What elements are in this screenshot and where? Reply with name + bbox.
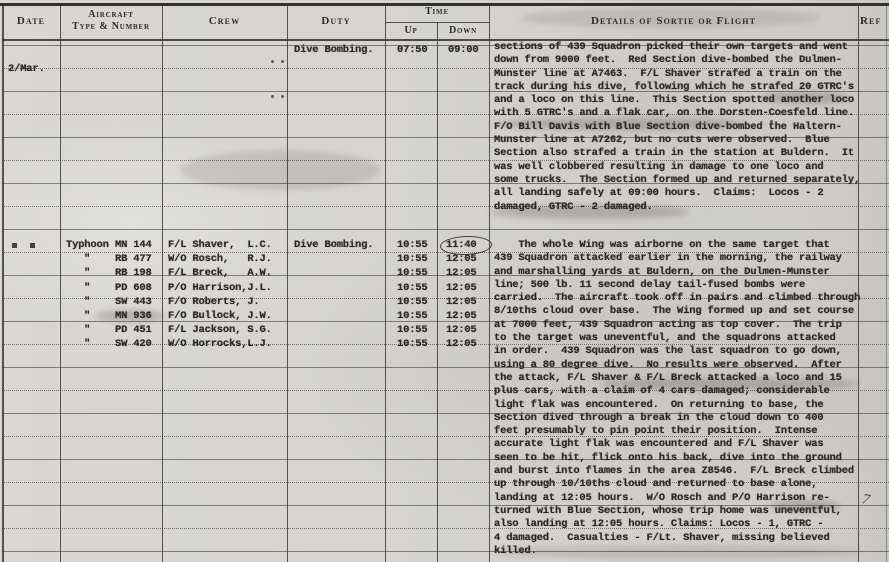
- details-text-line: was well clobbered resulting in damage t…: [494, 161, 860, 174]
- sortie-row: "MN 936F/O Bullock, J.W.10:5512:05: [62, 310, 492, 324]
- sortie-row: "SW 443F/O Roberts, J.10:5512:05: [62, 296, 492, 310]
- scan-speck: [281, 60, 284, 63]
- sortie-row: "PD 608P/O Harrison,J.L.10:5512:05: [62, 282, 492, 296]
- details-text-line: damaged, GTRC - 2 damaged.: [494, 201, 860, 214]
- aircraft-serial: SW 420: [115, 338, 152, 350]
- details-text-line: F/O Bill Davis with Blue Section dive-bo…: [494, 121, 860, 134]
- details-text-line: 8/10ths cloud over base. The Wing formed…: [494, 305, 860, 318]
- table-left-border: [2, 4, 4, 562]
- details-text-line: accurate light flak was encountered and …: [494, 438, 860, 451]
- details-text-line: all landing safely at 09:00 hours. Claim…: [494, 187, 860, 200]
- crew-member: F/O Bullock, J.W.: [168, 310, 272, 322]
- crew-member: W/O Rosch, R.J.: [168, 253, 272, 265]
- details-text-line: with 5 GTRC's and a flak car, on the Dor…: [494, 107, 860, 120]
- entry1-time-down: 09:00: [448, 44, 479, 56]
- time-up-value: 10:55: [397, 310, 428, 322]
- sortie-row: TyphoonMN 144F/L Shaver, L.C.Dive Bombin…: [62, 239, 492, 253]
- details-text-line: sections of 439 Squadron picked their ow…: [494, 41, 860, 54]
- aircraft-serial: RB 477: [115, 253, 152, 265]
- aircraft-column-header-line2: Type & Number: [60, 21, 162, 32]
- aircraft-type-ditto: ": [84, 253, 90, 265]
- aircraft-type-ditto: ": [84, 310, 90, 322]
- time-up-column-header: Up: [385, 25, 437, 36]
- details-text-line: 4 damaged. Casualties - F/Lt. Shaver, mi…: [494, 532, 860, 545]
- details-text-line: using a 80 degree dive. No results were …: [494, 359, 860, 372]
- crew-column-header: Crew: [162, 15, 287, 27]
- scan-speck: [271, 60, 274, 63]
- aircraft-type-ditto: ": [84, 282, 90, 294]
- details-text-line: 439 Squadron attacked earlier in the mor…: [494, 252, 860, 265]
- crew-member: F/L Jackson, S.G.: [168, 324, 272, 336]
- details-text-line: landing at 12:05 hours. W/O Rosch and P/…: [494, 492, 860, 505]
- crew-member: F/L Shaver, L.C.: [168, 239, 272, 251]
- aircraft-serial: PD 451: [115, 324, 152, 336]
- details-text-line: to the target was uneventful, and the sq…: [494, 332, 860, 345]
- time-column-header: Time: [385, 6, 489, 17]
- time-up-value: 10:55: [397, 324, 428, 336]
- entry1-date: 2/Mar.: [8, 63, 45, 75]
- entry2-date-ditto-mark: [12, 243, 17, 248]
- handwritten-margin-mark: 7: [860, 491, 871, 509]
- entry2-duty: Dive Bombing.: [294, 239, 373, 251]
- time-down-value: 12:05: [446, 267, 477, 279]
- details-text-line: feet presumably to pin point their posit…: [494, 425, 860, 438]
- time-up-value: 10:55: [397, 338, 428, 350]
- details-text-line: seen to be hit, flick onto his back, div…: [494, 452, 860, 465]
- details-text-line: and a loco on this line. This Section sp…: [494, 94, 860, 107]
- details-text-line: the attack, F/L Shaver & F/L Breck attac…: [494, 372, 860, 385]
- details-text-line: Section also strafed a train in the stat…: [494, 147, 860, 160]
- entry1-time-up: 07:50: [397, 44, 428, 56]
- duty-column-header: Duty: [287, 15, 385, 27]
- time-up-value: 10:55: [397, 296, 428, 308]
- entry1-duty: Dive Bombing.: [294, 44, 373, 56]
- details-text-line: at 7000 feet, 439 Squadron acting as top…: [494, 319, 860, 332]
- details-text-line: Munster line at A7262, but no cuts were …: [494, 134, 860, 147]
- scan-speck: [281, 95, 284, 98]
- entry1-details-text: sections of 439 Squadron picked their ow…: [494, 41, 860, 214]
- aircraft-serial: PD 608: [115, 282, 152, 294]
- details-text-line: The whole Wing was airborne on the same …: [494, 239, 860, 252]
- details-text-line: up through 10/10ths cloud and returned t…: [494, 478, 860, 491]
- time-up-value: 10:55: [397, 253, 428, 265]
- details-text-line: Munster line at A7463. F/L Shaver strafe…: [494, 68, 860, 81]
- details-text-line: line; 500 lb. 11 second delay tail-fused…: [494, 279, 860, 292]
- details-text-line: some trucks. The Section formed up and r…: [494, 174, 860, 187]
- paper-stain: [180, 150, 380, 190]
- time-up-value: 10:55: [397, 267, 428, 279]
- crew-member: F/L Breck, A.W.: [168, 267, 272, 279]
- time-down-value: 12:05: [446, 324, 477, 336]
- time-down-value: 12:05: [446, 310, 477, 322]
- aircraft-column-header-line1: Aircraft: [60, 9, 162, 20]
- page-right-edge-line: [886, 4, 887, 562]
- details-text-line: in order. 439 Squadron was the last squa…: [494, 345, 860, 358]
- details-text-line: Section dived through a break in the clo…: [494, 412, 860, 425]
- col-divider-date-aircraft: [60, 4, 61, 562]
- aircraft-serial: MN 144: [115, 239, 152, 251]
- sortie-row: "RB 198F/L Breck, A.W.10:5512:05: [62, 267, 492, 281]
- time-down-value: 12:05: [446, 296, 477, 308]
- date-column-header: Date: [2, 15, 60, 27]
- ruled-line: [2, 229, 889, 230]
- details-text-line: killed.: [494, 545, 860, 558]
- time-down-value: 12:05: [446, 338, 477, 350]
- details-column-header: Details of Sortie or Flight: [489, 15, 858, 27]
- details-text-line: turned with Blue Section, whose trip hom…: [494, 505, 860, 518]
- aircraft-type-ditto: ": [84, 296, 90, 308]
- time-up-value: 10:55: [397, 282, 428, 294]
- crew-member: W/O Horrocks,L.J.: [168, 338, 272, 350]
- time-down-value: 12:05: [446, 282, 477, 294]
- time-up-value: 10:55: [397, 239, 428, 251]
- aircraft-serial: MN 936: [115, 310, 152, 322]
- aircraft-type-ditto: ": [84, 267, 90, 279]
- details-text-line: light flak was encountered. On returning…: [494, 399, 860, 412]
- entry2-date-ditto-mark: [30, 243, 35, 248]
- sortie-row: "PD 451F/L Jackson, S.G.10:5512:05: [62, 324, 492, 338]
- crew-member: F/O Roberts, J.: [168, 296, 260, 308]
- scan-speck: [271, 95, 274, 98]
- aircraft-type: Typhoon: [66, 239, 109, 251]
- aircraft-type-ditto: ": [84, 338, 90, 350]
- details-text-line: carried. The aircraft took off in pairs …: [494, 292, 860, 305]
- time-down-column-header: Down: [437, 25, 489, 36]
- aircraft-serial: RB 198: [115, 267, 152, 279]
- aircraft-serial: SW 443: [115, 296, 152, 308]
- entry2-details-text: The whole Wing was airborne on the same …: [494, 239, 860, 558]
- details-text-line: and burst into flames in the area Z8546.…: [494, 465, 860, 478]
- aircraft-type-ditto: ": [84, 324, 90, 336]
- details-text-line: down from 9000 feet. Red Section dive-bo…: [494, 54, 860, 67]
- details-text-line: plus cars, with a claim of 4 cars damage…: [494, 385, 860, 398]
- operations-record-book-page: Date Aircraft Type & Number Crew Duty Ti…: [0, 0, 889, 562]
- sortie-row: "SW 420W/O Horrocks,L.J.10:5512:05: [62, 338, 492, 352]
- ref-column-header: Ref: [860, 15, 889, 27]
- details-text-line: also landing at 12:05 hours. Claims: Loc…: [494, 518, 860, 531]
- details-text-line: and marshalling yards at Buldern, on the…: [494, 266, 860, 279]
- crew-member: P/O Harrison,J.L.: [168, 282, 272, 294]
- sortie-row: "RB 477W/O Rosch, R.J.10:5512:05: [62, 253, 492, 267]
- details-text-line: track during his dive, following which h…: [494, 81, 860, 94]
